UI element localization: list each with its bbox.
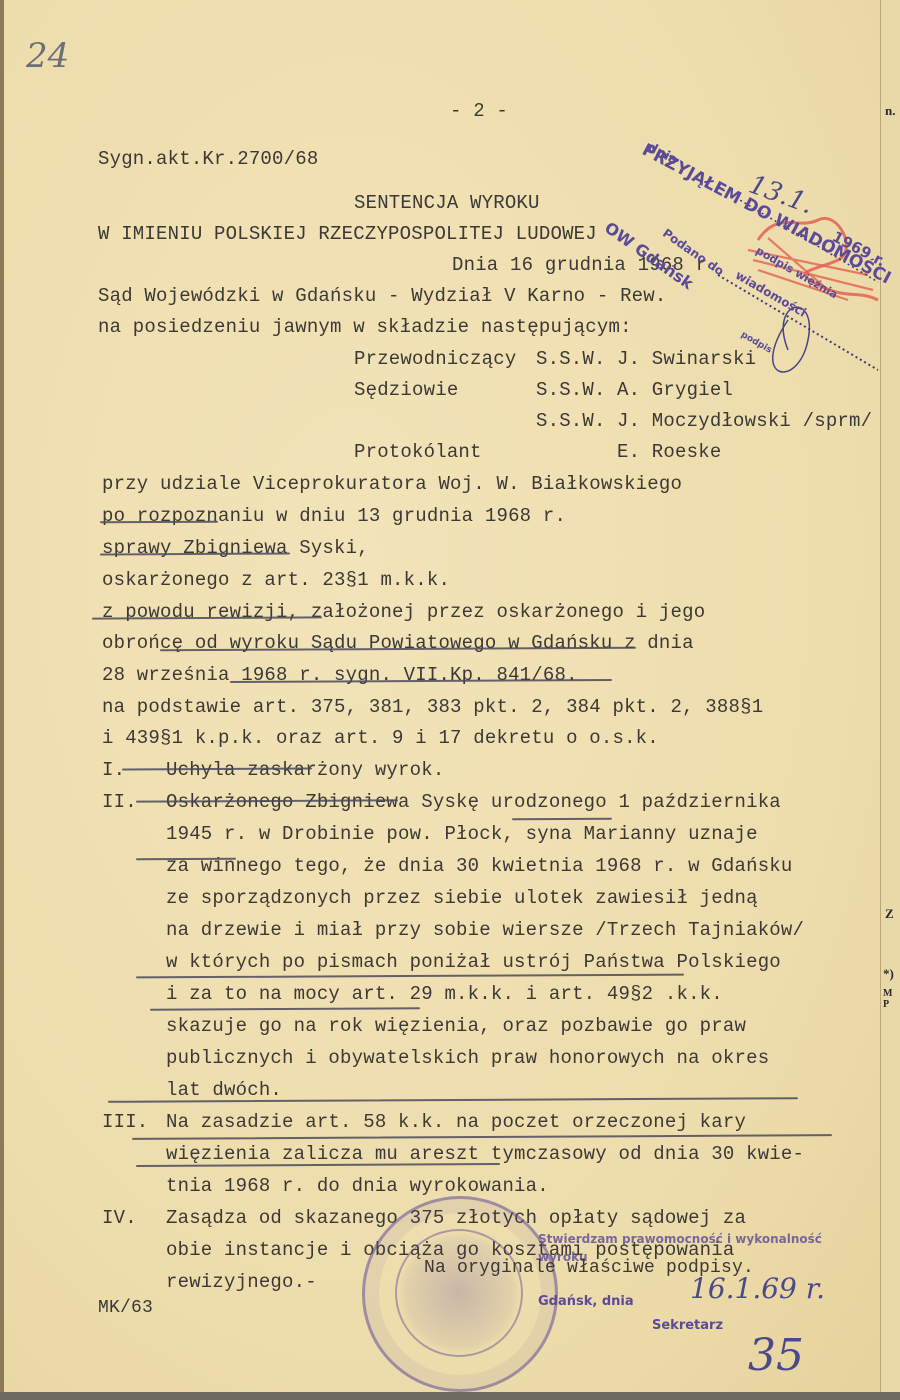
point-line: Na zasadzie art. 58 k.k. na poczet orzec…	[166, 1111, 746, 1133]
point-line: 1945 r. w Drobinie pow. Płock, syna Mari…	[166, 823, 758, 845]
body-line: na podstawie art. 375, 381, 383 pkt. 2, …	[102, 696, 763, 718]
body-line: po rozpoznaniu w dniu 13 grudnia 1968 r.	[102, 505, 566, 527]
margin-fragment: n.	[885, 103, 895, 119]
certification-line: Stwierdzam prawomocność i wykonalność	[538, 1232, 822, 1246]
point-line: skazuje go na rok więzienia, oraz pozbaw…	[166, 1015, 746, 1037]
point-line: rewizyjnego.-	[166, 1271, 317, 1293]
footer-code: MK/63	[98, 1298, 153, 1318]
margin-fragment: M	[883, 988, 892, 999]
body-line: 28 września 1968 r. sygn. VII.Kp. 841/68…	[102, 664, 578, 686]
case-reference: Sygn.akt.Kr.2700/68	[98, 148, 318, 170]
panel-name: E. Roeske	[617, 441, 721, 463]
point-number: IV.	[102, 1207, 137, 1229]
point-line: lat dwóch.	[166, 1079, 282, 1101]
body-line: i 439§1 k.p.k. oraz art. 9 i 17 dekretu …	[102, 727, 659, 749]
panel-role: Protokólant	[354, 441, 482, 463]
point-line: za winnego tego, że dnia 30 kwietnia 196…	[166, 855, 793, 877]
point-line: więzienia zalicza mu areszt tymczasowy o…	[166, 1143, 804, 1165]
point-line: i za to na mocy art. 29 m.k.k. i art. 49…	[166, 983, 723, 1005]
point-number: II.	[102, 791, 137, 813]
court-seal	[362, 1196, 558, 1392]
page-bottom-edge	[0, 1392, 900, 1400]
document-subtitle: W IMIENIU POLSKIEJ RZECZYPOSPOLITEJ LUDO…	[98, 223, 597, 245]
court-line: Sąd Wojewódzki w Gdańsku - Wydział V Kar…	[98, 285, 667, 307]
point-line: tnia 1968 r. do dnia wyrokowania.	[166, 1175, 549, 1197]
handwritten-page-number: 35	[748, 1330, 804, 1381]
margin-fragment: P	[883, 999, 889, 1010]
margin-fragment: *)	[883, 966, 894, 982]
panel-role: Przewodniczący	[354, 348, 516, 370]
body-line: z powodu rewizji, założonej przez oskarż…	[102, 601, 705, 623]
body-line: przy udziale Viceprokuratora Woj. W. Bia…	[102, 473, 682, 495]
panel-title: S.S.W.	[536, 379, 606, 401]
page-marker: - 2 -	[450, 100, 508, 122]
point-line: publicznych i obywatelskich praw honorow…	[166, 1047, 769, 1069]
document-title: SENTENCJA WYROKU	[354, 192, 540, 214]
point-number: III.	[102, 1111, 148, 1133]
eagle-emblem-icon	[395, 1229, 523, 1357]
folio-number: 24	[26, 36, 69, 76]
certification-handwritten-date: 16.1.69 r.	[690, 1272, 825, 1305]
point-line: na drzewie i miał przy sobie wiersze /Tr…	[166, 919, 804, 941]
point-line: ze sporządzonych przez siebie ulotek zaw…	[166, 887, 758, 909]
point-line: w których po pismach poniżał ustrój Pańs…	[166, 951, 781, 973]
certification-closing: Sekretarz	[652, 1318, 723, 1333]
panel-title: S.S.W.	[536, 348, 606, 370]
panel-name: J. Moczydłowski /sprm/	[617, 410, 872, 432]
margin-fragment: Z	[885, 906, 894, 922]
page-left-edge	[0, 0, 4, 1400]
panel-title: S.S.W.	[536, 410, 606, 432]
session-line: na posiedzeniu jawnym w składzie następu…	[98, 316, 632, 338]
body-line: oskarżonego z art. 23§1 m.k.k.	[102, 569, 450, 591]
certification-place: Gdańsk, dnia	[538, 1294, 634, 1309]
panel-role: Sędziowie	[354, 379, 458, 401]
body-line: sprawy Zbigniewa Syski,	[102, 537, 369, 559]
